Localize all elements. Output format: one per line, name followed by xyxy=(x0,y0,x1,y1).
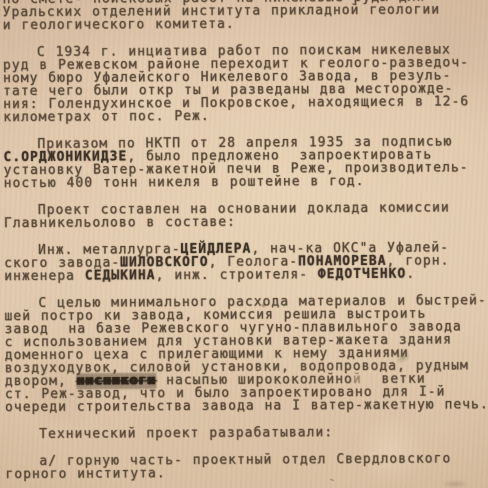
text-segment: горного института. xyxy=(5,466,165,482)
text-line: инженера СЕДЫКИНА, инж. строителя- ФЕДОТ… xyxy=(4,267,486,283)
paragraph: Проект составлен на основании доклада ко… xyxy=(4,201,486,230)
text-segment: инженера xyxy=(4,269,85,284)
text-line: Технический проект разрабатывали: xyxy=(5,425,487,441)
paragraph: Инж. металлурга-ЦЕЙДЛЕРА, нач-ка ОКС"а У… xyxy=(4,241,486,283)
text-segment: , инж. строителя- xyxy=(156,267,318,283)
text-segment: и геологического комитета. xyxy=(3,17,235,33)
paragraph: Технический проект разрабатывали: xyxy=(5,425,487,441)
text-segment: ностью 400 тонн никеля в роштейне в год. xyxy=(4,174,365,191)
text-segment: . xyxy=(406,267,415,282)
text-segment: Главникельолово в составе: xyxy=(4,215,236,231)
paragraph: а/ горную часть- проектный отдел Свердло… xyxy=(5,452,487,481)
text-segment: й xyxy=(353,372,362,387)
text-line: очереди строительства завода на I ватер-… xyxy=(5,398,487,414)
typewritten-text-block: по смете- поисковых работ на никелевые р… xyxy=(2,0,487,488)
text-line: ностью 400 тонн никеля в роштейне в год. xyxy=(4,174,486,190)
text-segment: очереди строительства завода на I ватер-… xyxy=(5,397,488,415)
paragraph: Приказом по НКТП от 28 апреля 1935 за по… xyxy=(3,135,485,190)
text-segment: СЕДЫКИНА xyxy=(85,268,156,283)
paragraph: по смете- поисковых работ на никелевые р… xyxy=(2,0,484,32)
text-segment: Технический проект разрабатывали: xyxy=(39,425,333,442)
text-segment: километрах от пос. Реж. xyxy=(3,109,210,125)
text-segment: ФЕДОТЧЕНКО xyxy=(318,267,407,283)
paragraph: С целью минимального расхода материалов … xyxy=(4,294,487,414)
scanned-document-page: по смете- поисковых работ на никелевые р… xyxy=(0,0,488,488)
paragraph: С 1934 г. инциатива работ по поискам ник… xyxy=(3,43,485,124)
